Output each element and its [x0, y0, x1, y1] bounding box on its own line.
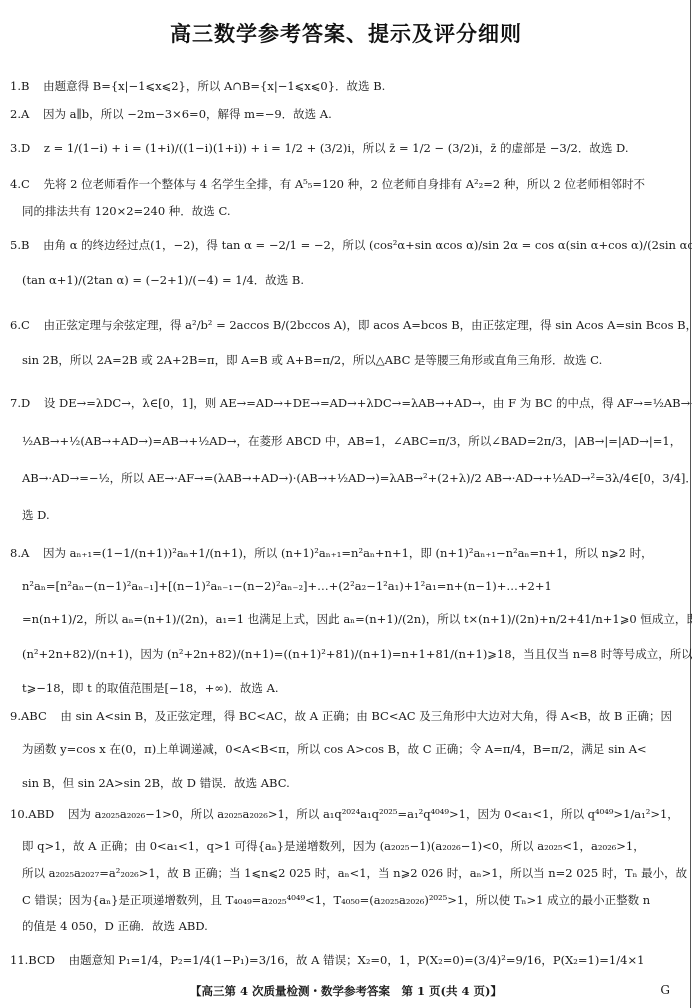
answer-item-8-cont-2: =n(n+1)/2，所以 aₙ=(n+1)/(2n)，a₁=1 也满足上式，因此… [22, 611, 674, 627]
answer-item-9: 9.ABC 由 sin A<sin B，及正弦定理，得 BC<AC，故 A 正确… [10, 708, 674, 724]
answer-item-7-cont-3: 选 D. [22, 507, 674, 523]
answer-item-4-cont: 同的排法共有 120×2=240 种．故选 C. [22, 203, 674, 219]
answer-item-8-cont-1: n²aₙ=[n²aₙ−(n−1)²aₙ₋₁]+[(n−1)²aₙ₋₁−(n−2)… [22, 578, 674, 594]
answer-item-7: 7.D 设 DE→=λDC→，λ∈[0，1]，则 AE→=AD→+DE→=AD→… [10, 395, 674, 411]
answer-text: 因为 a∥b，所以 −2m−3×6=0，解得 m=−9．故选 A. [43, 107, 332, 121]
answer-item-4: 4.C 先将 2 位老师看作一个整体与 4 名学生全排，有 A⁵₅=120 种，… [10, 176, 674, 192]
answer-item-6: 6.C 由正弦定理与余弦定理，得 a²/b² = 2accos B/(2bcco… [10, 317, 674, 333]
answer-item-10: 10.ABD 因为 a₂₀₂₅a₂₀₂₆−1>0，所以 a₂₀₂₅a₂₀₂₆>1… [10, 806, 674, 822]
answer-choice: B [21, 238, 29, 252]
page-footer: 【高三第 4 次质量检测・数学参考答案 第 1 页(共 4 页)】 [0, 983, 692, 999]
version-code: G [660, 983, 670, 997]
answer-item-3: 3.D z = 1/(1−i) + i = (1+i)/((1−i)(1+i))… [10, 140, 674, 156]
answer-choice: D [21, 396, 30, 410]
answer-choice: C [21, 318, 30, 332]
answer-text: 先将 2 位老师看作一个整体与 4 名学生全排，有 A⁵₅=120 种，2 位老… [43, 177, 645, 191]
answer-item-5-cont: (tan α+1)/(2tan α) = (−2+1)/(−4) = 1/4．故… [22, 272, 674, 288]
answer-choice: A [21, 546, 29, 560]
answer-item-8-cont-4: t⩾−18，即 t 的取值范围是[−18，+∞)．故选 A. [22, 680, 674, 696]
answer-text: 由正弦定理与余弦定理，得 a²/b² = 2accos B/(2bccos A)… [43, 318, 692, 332]
answer-item-10-cont-2: 所以 a₂₀₂₅a₂₀₂₇=a²₂₀₂₆>1，故 B 正确；当 1⩽n⩽2 02… [22, 865, 674, 881]
answer-text: 设 DE→=λDC→，λ∈[0，1]，则 AE→=AD→+DE→=AD→+λDC… [44, 396, 692, 410]
page-title: 高三数学参考答案、提示及评分细则 [0, 18, 692, 48]
answer-item-2: 2.A 因为 a∥b，所以 −2m−3×6=0，解得 m=−9．故选 A. [10, 106, 674, 122]
answer-item-11: 11.BCD 由题意知 P₁=1/4，P₂=1/4(1−P₁)=3/16，故 A… [10, 952, 674, 968]
answer-item-5: 5.B 由角 α 的终边经过点(1，−2)，得 tan α = −2/1 = −… [10, 237, 674, 253]
answer-item-1: 1.B 由题意得 B={x|−1⩽x⩽2}，所以 A∩B={x|−1⩽x⩽0}．… [10, 78, 674, 94]
answer-choice: A [21, 107, 29, 121]
answer-choice: ABC [21, 709, 47, 723]
answer-item-8-cont-3: (n²+2n+82)/(n+1)，因为 (n²+2n+82)/(n+1)=((n… [22, 646, 674, 662]
answer-text: 由题意知 P₁=1/4，P₂=1/4(1−P₁)=3/16，故 A 错误；X₂=… [69, 953, 645, 967]
answer-text: 由 sin A<sin B，及正弦定理，得 BC<AC，故 A 正确；由 BC<… [60, 709, 672, 723]
answer-item-9-cont-1: 为函数 y=cos x 在(0，π)上单调递减，0<A<B<π，所以 cos A… [22, 741, 674, 757]
answer-choice: C [21, 177, 30, 191]
answer-text: 由题意得 B={x|−1⩽x⩽2}，所以 A∩B={x|−1⩽x⩽0}．故选 B… [43, 79, 385, 93]
answer-choice: ABD [28, 807, 54, 821]
answer-text: 由角 α 的终边经过点(1，−2)，得 tan α = −2/1 = −2，所以… [43, 238, 692, 252]
answer-item-7-cont-1: ½AB→+½(AB→+AD→)=AB→+½AD→，在菱形 ABCD 中，AB=1… [22, 433, 674, 449]
answer-item-8: 8.A 因为 aₙ₊₁=(1−1/(n+1))²aₙ+1/(n+1)，所以 (n… [10, 545, 674, 561]
answer-item-9-cont-2: sin B，但 sin 2A>sin 2B，故 D 错误．故选 ABC. [22, 775, 674, 791]
answer-item-10-cont-3: C 错误；因为{aₙ}是正项递增数列，且 T₄₀₄₉=a₂₀₂₅⁴⁰⁴⁹<1，T… [22, 892, 674, 908]
answer-choice: B [21, 79, 29, 93]
answer-choice: D [21, 141, 30, 155]
answer-text: 因为 aₙ₊₁=(1−1/(n+1))²aₙ+1/(n+1)，所以 (n+1)²… [43, 546, 653, 560]
answer-choice: BCD [28, 953, 55, 967]
answer-item-6-cont: sin 2B，所以 2A=2B 或 2A+2B=π，即 A=B 或 A+B=π/… [22, 352, 674, 368]
answer-item-10-cont-4: 的值是 4 050，D 正确．故选 ABD. [22, 918, 674, 934]
answer-text: 因为 a₂₀₂₅a₂₀₂₆−1>0，所以 a₂₀₂₅a₂₀₂₆>1，所以 a₁q… [68, 807, 679, 821]
answer-item-7-cont-2: AB→·AD→=−½，所以 AE→·AF→=(λAB→+AD→)·(AB→+½A… [22, 470, 674, 486]
answer-text: z = 1/(1−i) + i = (1+i)/((1−i)(1+i)) + i… [44, 141, 629, 155]
answer-item-10-cont-1: 即 q>1，故 A 正确；由 0<a₁<1，q>1 可得{aₙ}是递增数列，因为… [22, 838, 674, 854]
page-edge-line [690, 0, 691, 1008]
